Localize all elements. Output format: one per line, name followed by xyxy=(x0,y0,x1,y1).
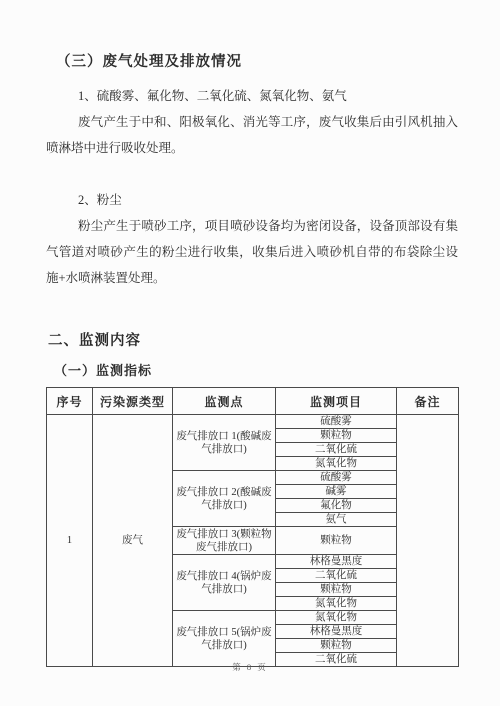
waste-gas-item2-title: 2、粉尘 xyxy=(46,187,458,213)
monitoring-point-cell: 废气排放口 1(酸碱废气排放口) xyxy=(173,415,276,471)
monitoring-item-cell: 氮氧化物 xyxy=(276,611,397,625)
page-number-footer: 第 8 页 xyxy=(0,661,500,673)
monitoring-point-cell: 废气排放口 2(酸碱废气排放口) xyxy=(173,471,276,527)
monitoring-item-cell: 硫酸雾 xyxy=(276,471,397,485)
waste-gas-item1-title: 1、硫酸雾、氟化物、二氧化硫、氮氧化物、氨气 xyxy=(46,83,458,109)
table-header-row: 序号 污染源类型 监测点 监测项目 备注 xyxy=(47,388,459,415)
header-monitoring-point: 监测点 xyxy=(173,388,276,415)
row-number-cell: 1 xyxy=(47,415,93,667)
indicator-table-body: 1废气废气排放口 1(酸碱废气排放口)硫酸雾颗粒物二氧化硫氮氧化物废气排放口 2… xyxy=(47,415,459,667)
header-remark: 备注 xyxy=(397,388,459,415)
pollution-source-cell: 废气 xyxy=(93,415,173,667)
monitoring-item-cell: 氮氧化物 xyxy=(276,457,397,471)
monitoring-subheading: （一）监测指标 xyxy=(54,360,458,379)
monitoring-item-cell: 颗粒物 xyxy=(276,429,397,443)
monitoring-item-cell: 碱雾 xyxy=(276,485,397,499)
monitoring-point-cell: 废气排放口 4(锅炉废气排放口) xyxy=(173,555,276,611)
waste-gas-item1-body: 废气产生于中和、阳极氧化、消光等工序，废气收集后由引风机抽入喷淋塔中进行吸收处理… xyxy=(46,109,458,161)
monitoring-item-cell: 氟化物 xyxy=(276,499,397,513)
document-page: （三）废气处理及排放情况 1、硫酸雾、氟化物、二氧化硫、氮氧化物、氨气 废气产生… xyxy=(46,50,458,667)
monitoring-item-cell: 氮氧化物 xyxy=(276,597,397,611)
monitoring-item-cell: 二氧化硫 xyxy=(276,569,397,583)
header-pollution-source-type: 污染源类型 xyxy=(93,388,173,415)
monitoring-item-cell: 林格曼黑度 xyxy=(276,625,397,639)
monitoring-item-cell: 颗粒物 xyxy=(276,527,397,555)
monitoring-item-cell: 颗粒物 xyxy=(276,583,397,597)
monitoring-item-cell: 林格曼黑度 xyxy=(276,555,397,569)
waste-gas-section-heading: （三）废气处理及排放情况 xyxy=(56,50,458,71)
monitoring-item-cell: 二氧化硫 xyxy=(276,443,397,457)
waste-gas-item2-body: 粉尘产生于喷砂工序，项目喷砂设备均为密闭设备，设备顶部设有集气管道对喷砂产生的粉… xyxy=(46,213,458,291)
monitoring-point-cell: 废气排放口 3(颗粒物废气排放口) xyxy=(173,527,276,555)
monitoring-item-cell: 氨气 xyxy=(276,513,397,527)
monitoring-point-cell: 废气排放口 5(锅炉废气排放口) xyxy=(173,611,276,667)
header-monitoring-item: 监测项目 xyxy=(276,388,397,415)
blank-line xyxy=(46,161,458,187)
remark-cell xyxy=(397,415,459,667)
header-serial-number: 序号 xyxy=(47,388,93,415)
indicator-table: 序号 污染源类型 监测点 监测项目 备注 1废气废气排放口 1(酸碱废气排放口)… xyxy=(46,387,459,667)
table-row: 1废气废气排放口 1(酸碱废气排放口)硫酸雾 xyxy=(47,415,459,429)
monitoring-section-heading: 二、监测内容 xyxy=(48,329,458,350)
monitoring-item-cell: 颗粒物 xyxy=(276,639,397,653)
monitoring-item-cell: 硫酸雾 xyxy=(276,415,397,429)
